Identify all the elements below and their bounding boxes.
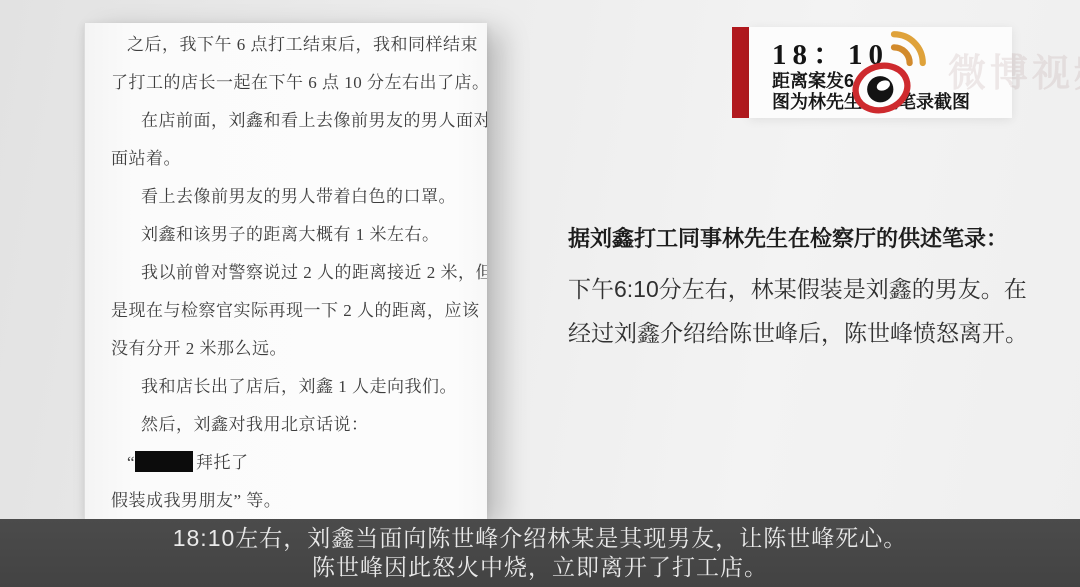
redaction-box xyxy=(135,451,193,472)
document-line: 没有分开 2 米那么远。 xyxy=(111,330,471,368)
document-line: 面站着。 xyxy=(111,140,471,178)
video-frame: 之后，我下午 6 点打工结束后，我和同样结束了打工的店长一起在下午 6 点 10… xyxy=(0,0,1080,587)
subtitle-line-2: 陈世峰因此怒火中烧，立即离开了打工店。 xyxy=(0,553,1080,582)
document-line: 之后，我下午 6 点打工结束后，我和同样结束 xyxy=(111,26,471,64)
document-page: 之后，我下午 6 点打工结束后，我和同样结束了打工的店长一起在下午 6 点 10… xyxy=(84,23,487,519)
document-line: 在店前面，刘鑫和看上去像前男友的男人面对 xyxy=(111,102,471,140)
commentary-line-1: 下午6:10分左右，林某假装是刘鑫的男友。在 xyxy=(568,267,1068,311)
document-line: 了打工的店长一起在下午 6 点 10 分左右出了店。 xyxy=(111,64,471,102)
document-line: 是现在与检察官实际再现一下 2 人的距离，应该 xyxy=(111,292,471,330)
document-line: “拜托了 xyxy=(111,444,471,482)
document-line: 看上去像前男友的男人带着白色的口罩。 xyxy=(111,178,471,216)
commentary-line-2: 经过刘鑫介绍给陈世峰后，陈世峰愤怒离开。 xyxy=(568,311,1068,355)
subtitle-line-1: 18:10左右，刘鑫当面向陈世峰介绍林某是其现男友，让陈世峰死心。 xyxy=(0,524,1080,553)
document-line: 然后，刘鑫对我用北京话说： xyxy=(111,406,471,444)
watermark: 微博视频号 xyxy=(948,42,1080,97)
subtitle-bar: 18:10左右，刘鑫当面向陈世峰介绍林某是其现男友，让陈世峰死心。 陈世峰因此怒… xyxy=(0,519,1080,587)
document-line: 刘鑫和该男子的距离大概有 1 米左右。 xyxy=(111,216,471,254)
red-accent-bar xyxy=(732,27,749,118)
weibo-icon xyxy=(849,28,929,123)
commentary-heading: 据刘鑫打工同事林先生在检察厅的供述笔录： xyxy=(568,222,1068,253)
commentary-body: 下午6:10分左右，林某假装是刘鑫的男友。在 经过刘鑫介绍给陈世峰后，陈世峰愤怒… xyxy=(568,267,1068,355)
document-line: 我以前曾对警察说过 2 人的距离接近 2 米，但 xyxy=(111,254,471,292)
commentary-panel: 据刘鑫打工同事林先生在检察厅的供述笔录： 下午6:10分左右，林某假装是刘鑫的男… xyxy=(568,222,1068,355)
document-lines: 之后，我下午 6 点打工结束后，我和同样结束了打工的店长一起在下午 6 点 10… xyxy=(111,26,471,519)
document-line: 我和店长出了店后，刘鑫 1 人走向我们。 xyxy=(111,368,471,406)
document-line: 假装成我男朋友” 等。 xyxy=(111,482,471,519)
